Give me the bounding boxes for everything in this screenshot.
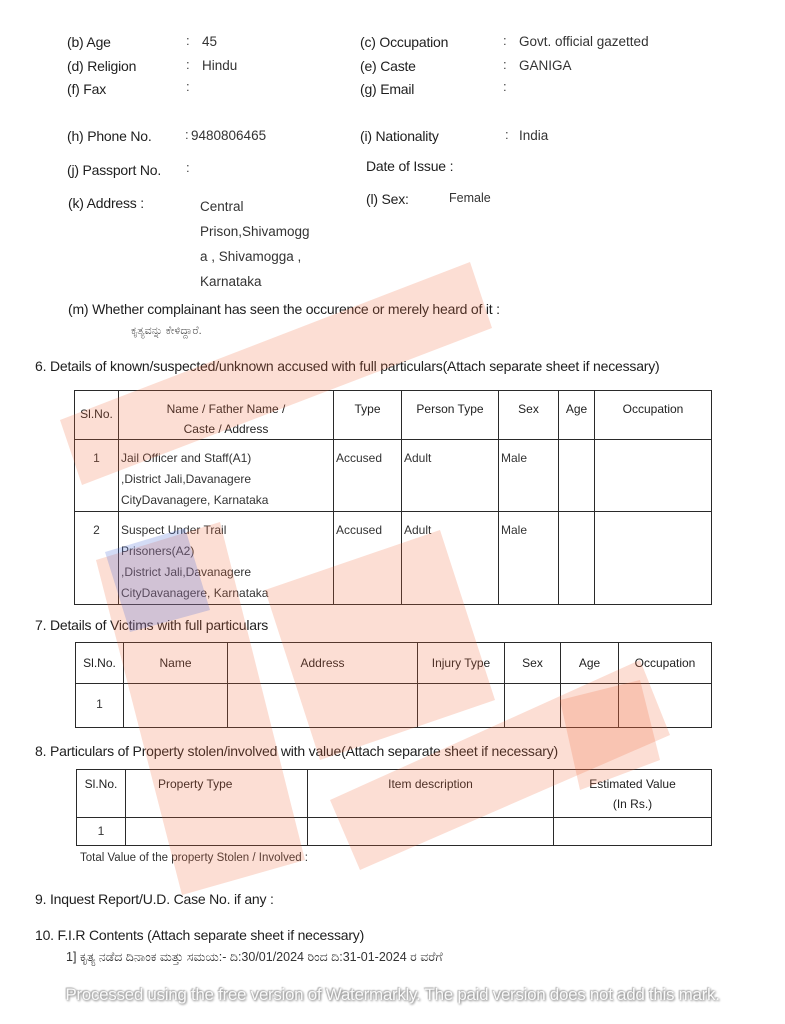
- row-property-type: [126, 818, 307, 826]
- row-type: Accused: [334, 512, 401, 541]
- sex-value: Female: [449, 191, 491, 205]
- header-address: Address: [228, 643, 418, 684]
- address-line: Central: [200, 194, 310, 219]
- total-value-label: Total Value of the property Stolen / Inv…: [80, 852, 308, 864]
- header-sex: Sex: [499, 391, 559, 440]
- row-occupation: [595, 440, 711, 448]
- row-person-type: Adult: [402, 512, 498, 541]
- header-age: Age: [559, 391, 595, 440]
- religion-value: Hindu: [202, 58, 237, 73]
- date-of-issue-label: Date of Issue :: [366, 158, 453, 174]
- header-estimated-value: Estimated Value(In Rs.): [554, 770, 712, 818]
- phone-value: 9480806465: [191, 128, 266, 143]
- occupation-label: (c) Occupation: [360, 34, 448, 50]
- email-label: (g) Email: [360, 81, 414, 97]
- row-type: Accused: [334, 440, 401, 469]
- table-row: 2 Suspect Under Trail Prisoners(A2) ,Dis…: [75, 512, 712, 605]
- row-item-description: [308, 818, 553, 826]
- nationality-label: (i) Nationality: [360, 128, 439, 144]
- header-slno: Sl.No.: [75, 391, 119, 440]
- nationality-colon: :: [505, 127, 509, 142]
- age-value: 45: [202, 34, 217, 49]
- section9-title: 9. Inquest Report/U.D. Case No. if any :: [35, 891, 274, 907]
- occupation-value: Govt. official gazetted: [519, 34, 649, 49]
- row-estimated-value: [554, 818, 711, 826]
- email-colon: :: [503, 79, 507, 94]
- header-occupation: Occupation: [619, 643, 712, 684]
- header-occupation: Occupation: [595, 391, 712, 440]
- section8-title: 8. Particulars of Property stolen/involv…: [35, 743, 558, 759]
- property-table: Sl.No. Property Type Item description Es…: [76, 769, 712, 846]
- fax-colon: :: [186, 79, 190, 94]
- row-occupation: [595, 512, 711, 520]
- religion-label: (d) Religion: [67, 58, 136, 74]
- row-slno: 1: [75, 440, 118, 469]
- row-age: [559, 512, 594, 520]
- header-sex: Sex: [505, 643, 561, 684]
- fax-label: (f) Fax: [67, 81, 106, 97]
- header-name: Name: [124, 643, 228, 684]
- address-line: Prison,Shivamogg: [200, 219, 310, 244]
- row-person-type: Adult: [402, 440, 498, 469]
- victims-table-header: Sl.No. Name Address Injury Type Sex Age …: [76, 643, 712, 684]
- row-slno: 1: [76, 684, 123, 715]
- header-item-description: Item description: [308, 770, 554, 818]
- row-occupation: [619, 684, 711, 692]
- victims-table: Sl.No. Name Address Injury Type Sex Age …: [75, 642, 712, 728]
- address-value: Central Prison,Shivamogg a , Shivamogga …: [200, 194, 310, 294]
- row-slno: 1: [77, 818, 125, 842]
- row-name: Suspect Under Trail Prisoners(A2) ,Distr…: [119, 512, 333, 604]
- section10-title: 10. F.I.R Contents (Attach separate shee…: [35, 927, 364, 943]
- phone-colon: :: [185, 127, 189, 142]
- age-colon: :: [186, 33, 190, 48]
- property-table-header: Sl.No. Property Type Item description Es…: [77, 770, 712, 818]
- table-row: 1 Jail Officer and Staff(A1) ,District J…: [75, 440, 712, 512]
- phone-label: (h) Phone No.: [67, 128, 152, 144]
- header-type: Type: [334, 391, 402, 440]
- row-age: [561, 684, 618, 692]
- nationality-value: India: [519, 128, 548, 143]
- row-name: Jail Officer and Staff(A1) ,District Jal…: [119, 440, 333, 511]
- caste-label: (e) Caste: [360, 58, 416, 74]
- header-injury-type: Injury Type: [418, 643, 505, 684]
- passport-colon: :: [186, 160, 190, 175]
- occupation-colon: :: [503, 33, 507, 48]
- passport-label: (j) Passport No.: [67, 162, 161, 178]
- table-row: 1: [77, 818, 712, 846]
- accused-table: Sl.No. Name / Father Name /Caste / Addre…: [74, 390, 712, 605]
- age-label: (b) Age: [67, 34, 111, 50]
- header-slno: Sl.No.: [77, 770, 126, 818]
- religion-colon: :: [186, 57, 190, 72]
- section7-title: 7. Details of Victims with full particul…: [35, 617, 268, 633]
- caste-colon: :: [503, 57, 507, 72]
- header-name: Name / Father Name /Caste / Address: [119, 391, 334, 440]
- row-sex: Male: [499, 512, 558, 541]
- fir-content-line: 1] ಕೃತ್ಯ ನಡೆದ ದಿನಾಂಕ ಮತ್ತು ಸಮಯ:- ದಿ:30/0…: [66, 950, 443, 965]
- witness-value: ಕೃತ್ಯವನ್ನು ಕೇಳಿದ್ದಾರೆ.: [131, 325, 202, 338]
- row-sex: [505, 684, 560, 692]
- address-line: Karnataka: [200, 269, 310, 294]
- header-age: Age: [561, 643, 619, 684]
- accused-table-header: Sl.No. Name / Father Name /Caste / Addre…: [75, 391, 712, 440]
- watermark-text: Processed using the free version of Wate…: [0, 985, 785, 1005]
- header-slno: Sl.No.: [76, 643, 124, 684]
- header-person-type: Person Type: [402, 391, 499, 440]
- row-slno: 2: [75, 512, 118, 541]
- sex-label: (l) Sex:: [366, 191, 409, 207]
- row-name: [124, 684, 227, 692]
- caste-value: GANIGA: [519, 58, 572, 73]
- address-label: (k) Address :: [68, 195, 144, 211]
- section6-title: 6. Details of known/suspected/unknown ac…: [35, 358, 660, 374]
- row-age: [559, 440, 594, 448]
- row-address: [228, 684, 417, 692]
- address-line: a , Shivamogga ,: [200, 244, 310, 269]
- table-row: 1: [76, 684, 712, 728]
- row-sex: Male: [499, 440, 558, 469]
- witness-label: (m) Whether complainant has seen the occ…: [68, 301, 500, 317]
- row-injury-type: [418, 684, 504, 692]
- header-property-type: Property Type: [126, 770, 308, 818]
